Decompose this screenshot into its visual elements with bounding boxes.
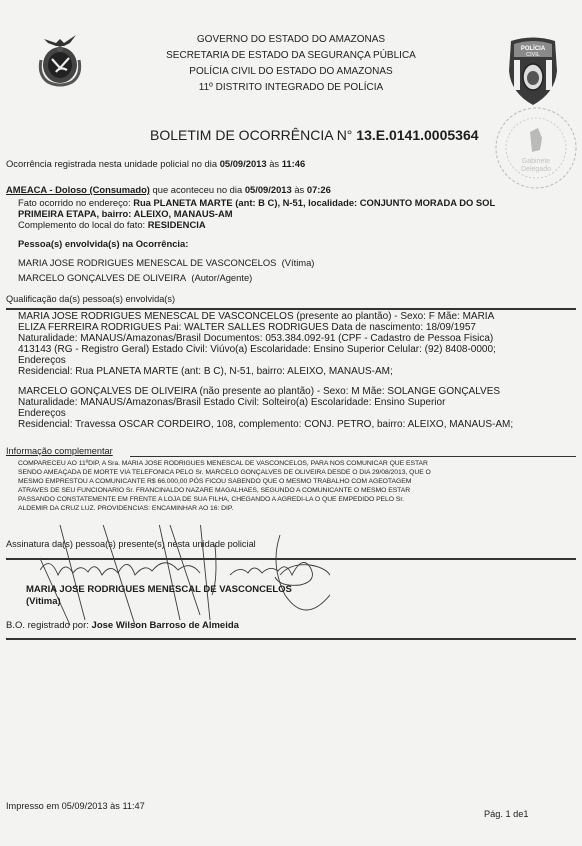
svg-text:Gabinete: Gabinete — [522, 158, 551, 165]
handwritten-signature-icon — [40, 525, 330, 630]
qualification-person1-line: Residencial: Rua PLANETA MARTE (ant: B C… — [18, 366, 393, 377]
person-role: (Autor/Agente) — [191, 272, 252, 283]
complementary-line: ATRAVES DE SEU FUNCIONARIO Sr. FRANCINAL… — [18, 486, 431, 495]
person-name: MARIA JOSE RODRIGUES MENESCAL DE VASCONC… — [18, 257, 276, 268]
person-item-victim: MARIA JOSE RODRIGUES MENESCAL DE VASCONC… — [18, 257, 314, 268]
complement-value: RESIDENCIA — [148, 219, 206, 230]
printed-timestamp: Impresso em 05/09/2013 às 11:47 — [6, 801, 145, 812]
complementary-text: COMPARECEU AO 11ºDIP, A Sra. MARIA JOSE … — [18, 459, 431, 513]
office-stamp-icon: Gabinete Delegado — [486, 102, 582, 192]
svg-text:POLÍCIA: POLÍCIA — [521, 44, 546, 52]
occurrence-date: 05/09/2013 — [245, 184, 292, 195]
header-line-government: GOVERNO DO ESTADO DO AMAZONAS — [0, 32, 582, 48]
address-line-1: Fato ocorrido no endereço: Rua PLANETA M… — [18, 197, 495, 208]
qualification-person2-line: Endereços — [18, 408, 66, 419]
occurrence-time: 07:26 — [307, 184, 331, 195]
registration-line: Ocorrência registrada nesta unidade poli… — [6, 158, 305, 169]
page-number: Pág. 1 de1 — [484, 809, 528, 820]
policia-civil-badge-icon: POLÍCIA CIVIL — [505, 35, 561, 107]
crime-type: AMEACA - Doloso (Consumado) — [6, 184, 150, 195]
occurrence-report-title: BOLETIM DE OCORRÊNCIA N° 13.E.0141.00053… — [150, 127, 479, 143]
qualification-person1-line: ELIZA FERREIRA RODRIGUES Pai: WALTER SAL… — [18, 322, 476, 333]
qualification-person2-line: Naturalidade: MANAUS/Amazonas/Brasil Est… — [18, 397, 445, 408]
address-line-2: PRIMEIRA ETAPA, bairro: ALEIXO, MANAUS-A… — [18, 208, 233, 219]
qualification-person1-line: Endereços — [18, 355, 66, 366]
signer-name: MARIA JOSE RODRIGUES MENESCAL DE VASCONC… — [26, 584, 292, 595]
complementary-heading: Informação complementar — [6, 446, 113, 457]
registration-sep: às — [269, 158, 279, 169]
header-line-police: POLÍCIA CIVIL DO ESTADO DO AMAZONAS — [0, 64, 582, 80]
registered-by-line: B.O. registrado por: Jose Wilson Barroso… — [6, 620, 239, 631]
qualification-person2-line: MARCELO GONÇALVES DE OLIVEIRA (não prese… — [18, 386, 500, 397]
qualification-person2-line: Residencial: Travessa OSCAR CORDEIRO, 10… — [18, 419, 513, 430]
registration-date: 05/09/2013 — [220, 158, 267, 169]
svg-text:Delegado: Delegado — [521, 166, 551, 173]
occurrence-nature-line: AMEACA - Doloso (Consumado) que acontece… — [6, 184, 331, 195]
header-line-district: 11º DISTRITO INTEGRADO DE POLÍCIA — [0, 80, 582, 96]
complementary-line: PASSANDO CONSTATEMENTE EM FRENTE A LOJA … — [18, 495, 431, 504]
complement-line: Complemento do local do fato: RESIDENCIA — [18, 219, 206, 230]
qualification-person1-line: Naturalidade: MANAUS/Amazonas/Brasil Doc… — [18, 333, 493, 344]
registration-text: Ocorrência registrada nesta unidade poli… — [6, 158, 217, 169]
registration-time: 11:46 — [282, 158, 305, 169]
signer-role: (Vitima) — [26, 596, 61, 607]
occurrence-sep: às — [294, 184, 304, 195]
people-heading: Pessoa(s) envolvida(s) na Ocorrência: — [18, 238, 188, 249]
registered-by-label: B.O. registrado por: — [6, 620, 89, 631]
person-role: (Vítima) — [282, 257, 315, 268]
section-divider — [130, 456, 576, 457]
complementary-line: ALDEMIR DA CRUZ LUZ. PROVIDENCIAS: ENCAM… — [18, 504, 431, 513]
complementary-line: SENDO AMEAÇADA DE MORTE VIA TELEFONICA P… — [18, 468, 431, 477]
occurrence-text: que aconteceu no dia — [153, 184, 243, 195]
address-label: Fato ocorrido no endereço: — [18, 197, 131, 208]
title-prefix: BOLETIM DE OCORRÊNCIA N° — [150, 127, 352, 143]
section-divider — [6, 638, 576, 640]
complementary-line: MESMO EMPRESTOU A COMUNICANTE R$ 66.000,… — [18, 477, 431, 486]
qualification-heading: Qualificação da(s) pessoa(s) envolvida(s… — [6, 294, 175, 305]
person-item-author: MARCELO GONÇALVES DE OLIVEIRA (Autor/Age… — [18, 272, 252, 283]
header-line-secretariat: SECRETARIA DE ESTADO DA SEGURANÇA PÚBLIC… — [0, 48, 582, 64]
svg-text:CIVIL: CIVIL — [526, 52, 540, 58]
complement-label: Complemento do local do fato: — [18, 219, 145, 230]
person-name: MARCELO GONÇALVES DE OLIVEIRA — [18, 272, 186, 283]
address-value-1: Rua PLANETA MARTE (ant: B C), N-51, loca… — [133, 197, 495, 208]
qualification-person1-line: MARIA JOSE RODRIGUES MENESCAL DE VASCONC… — [18, 311, 494, 322]
qualification-person1-line: 413143 (RG - Registro Geral) Estado Civi… — [18, 344, 496, 355]
report-number: 13.E.0141.0005364 — [356, 127, 478, 143]
complementary-line: COMPARECEU AO 11ºDIP, A Sra. MARIA JOSE … — [18, 459, 431, 468]
section-divider — [6, 308, 576, 310]
registered-by-name: Jose Wilson Barroso de Almeida — [92, 620, 239, 631]
header-agency-block: GOVERNO DO ESTADO DO AMAZONAS SECRETARIA… — [0, 32, 582, 96]
